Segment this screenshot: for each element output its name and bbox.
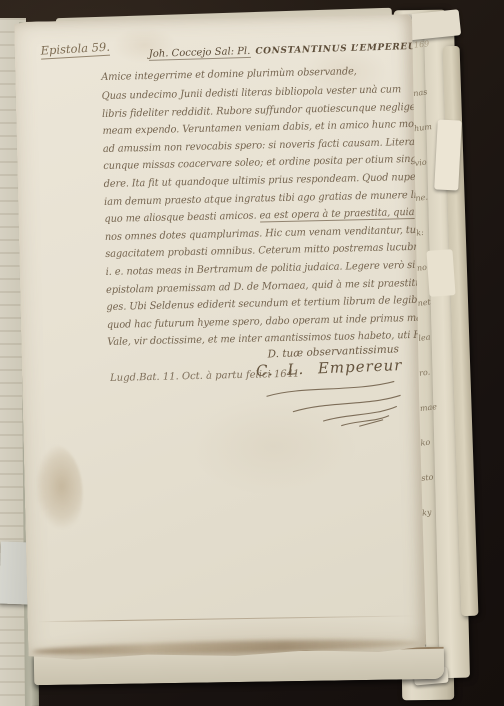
page-number-faint: 169 [414, 39, 430, 50]
salutation-line: Amice integerrime et domine plurimùm obs… [101, 66, 357, 83]
body-line: Quas undecimo Junii dedisti literas bibl… [102, 84, 402, 102]
body-line: dere. Ita fit ut quandoque ultimis prius… [104, 171, 468, 190]
body-line: sagacitatem probasti omnibus. Ceterum mi… [105, 241, 453, 260]
manuscript-page: Epistola 59. Joh. Coccejo Sal: Pl. CONST… [14, 13, 426, 662]
body-line-text: quo me aliosque beasti amicos. [104, 211, 259, 226]
body-line: nos omnes dotes quamplurimas. Hic cum ve… [105, 224, 456, 243]
body-line: libris fideliter reddidit. Rubore suffun… [102, 101, 444, 120]
body-line: epistolam praemissam ad D. de Mornaea, q… [106, 276, 465, 295]
body-line: Vale, vir doctissime, et me inter amanti… [107, 329, 461, 348]
photo-background: 103 169 nas hum vio ne. k: no net lea ro… [0, 0, 504, 706]
underlined-phrase: ea est opera à te praestita, quia [259, 207, 414, 223]
letter-heading: Joh. Coccejo Sal: Pl. CONSTANTINUS L’EMP… [148, 34, 418, 61]
body-line: i. e. notas meas in Bertramum de politia… [106, 259, 446, 278]
body-line: ges. Ubi Seldenus ediderit secundum et t… [106, 295, 431, 313]
body-line: quod hac futurum hyeme spero, dabo opera… [107, 312, 468, 331]
heading-author: CONSTANTINUS L’EMPEREUR [255, 42, 424, 57]
margin-note: Epistola 59. [40, 40, 110, 60]
body-line: iam demum praesto atque ingratus tibi ag… [104, 189, 450, 208]
heading-recipient: Joh. Coccejo Sal: Pl. [149, 46, 251, 61]
body-line: meam expendo. Veruntamen veniam dabis, e… [102, 119, 433, 138]
corner-scrap [434, 119, 462, 190]
letter-text: Epistola 59. Joh. Coccejo Sal: Pl. CONST… [14, 13, 426, 662]
signature-flourish [262, 379, 413, 430]
body-line: quo me aliosque beasti amicos. ea est op… [104, 207, 414, 225]
corner-scrap [426, 249, 455, 297]
body-line: ad amussim non revocabis spero: si nover… [103, 136, 451, 155]
